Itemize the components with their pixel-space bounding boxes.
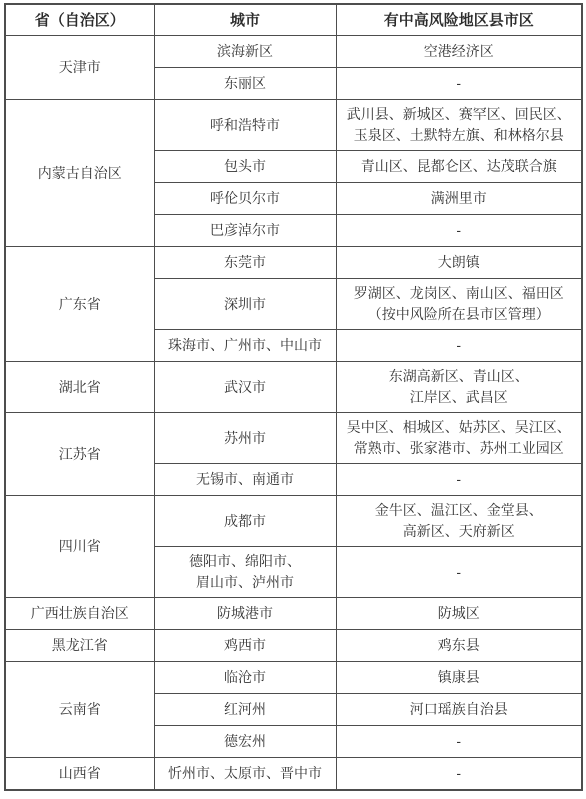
header-province: 省（自治区） [5,4,154,36]
table-row: 四川省 成都市 金牛区、温江区、金堂县、 高新区、天府新区 [5,496,582,547]
province-cell-jiangsu: 江苏省 [5,413,154,496]
header-areas: 有中高风险地区县市区 [336,4,582,36]
areas-cell: 青山区、昆都仑区、达茂联合旗 [336,151,582,183]
table-row: 内蒙古自治区 呼和浩特市 武川县、新城区、赛罕区、回民区、 玉泉区、土默特左旗、… [5,100,582,151]
areas-cell: 武川县、新城区、赛罕区、回民区、 玉泉区、土默特左旗、和林格尔县 [336,100,582,151]
areas-cell: - [336,464,582,496]
city-cell: 包头市 [154,151,336,183]
table-row: 江苏省 苏州市 吴中区、相城区、姑苏区、吴江区、 常熟市、张家港市、苏州工业园区 [5,413,582,464]
areas-cell: - [336,758,582,791]
province-cell-yunnan: 云南省 [5,662,154,758]
table-row: 广西壮族自治区 防城港市 防城区 [5,598,582,630]
city-cell: 巴彦淖尔市 [154,215,336,247]
areas-cell: 空港经济区 [336,36,582,68]
table-row: 云南省 临沧市 镇康县 [5,662,582,694]
areas-cell: - [336,215,582,247]
areas-cell: 罗湖区、龙岗区、南山区、福田区 （按中风险所在县市区管理） [336,279,582,330]
city-cell: 忻州市、太原市、晋中市 [154,758,336,791]
areas-cell: 镇康县 [336,662,582,694]
city-cell: 红河州 [154,694,336,726]
city-cell: 德阳市、绵阳市、 眉山市、泸州市 [154,547,336,598]
table-row: 山西省 忻州市、太原市、晋中市 - [5,758,582,791]
city-cell: 武汉市 [154,362,336,413]
city-cell: 滨海新区 [154,36,336,68]
province-cell-guangdong: 广东省 [5,247,154,362]
header-row: 省（自治区） 城市 有中高风险地区县市区 [5,4,582,36]
province-cell-guangxi: 广西壮族自治区 [5,598,154,630]
table-row: 天津市 滨海新区 空港经济区 [5,36,582,68]
header-city: 城市 [154,4,336,36]
province-cell-shanxi: 山西省 [5,758,154,791]
areas-cell: 大朗镇 [336,247,582,279]
areas-cell: 满洲里市 [336,183,582,215]
areas-cell: 金牛区、温江区、金堂县、 高新区、天府新区 [336,496,582,547]
areas-cell: 防城区 [336,598,582,630]
city-cell: 珠海市、广州市、中山市 [154,330,336,362]
table-row: 湖北省 武汉市 东湖高新区、青山区、 江岸区、武昌区 [5,362,582,413]
areas-cell: 东湖高新区、青山区、 江岸区、武昌区 [336,362,582,413]
areas-cell: - [336,547,582,598]
province-cell-neimenggu: 内蒙古自治区 [5,100,154,247]
city-cell: 呼伦贝尔市 [154,183,336,215]
city-cell: 无锡市、南通市 [154,464,336,496]
city-cell: 呼和浩特市 [154,100,336,151]
table-row: 广东省 东莞市 大朗镇 [5,247,582,279]
city-cell: 东丽区 [154,68,336,100]
city-cell: 东莞市 [154,247,336,279]
areas-cell: 鸡东县 [336,630,582,662]
province-cell-sichuan: 四川省 [5,496,154,598]
areas-cell: 吴中区、相城区、姑苏区、吴江区、 常熟市、张家港市、苏州工业园区 [336,413,582,464]
table-row: 黑龙江省 鸡西市 鸡东县 [5,630,582,662]
areas-cell: - [336,330,582,362]
areas-cell: - [336,68,582,100]
city-cell: 德宏州 [154,726,336,758]
areas-cell: 河口瑶族自治县 [336,694,582,726]
city-cell: 苏州市 [154,413,336,464]
city-cell: 临沧市 [154,662,336,694]
province-cell-tianjin: 天津市 [5,36,154,100]
city-cell: 深圳市 [154,279,336,330]
areas-cell: - [336,726,582,758]
city-cell: 防城港市 [154,598,336,630]
city-cell: 成都市 [154,496,336,547]
province-cell-heilongjiang: 黑龙江省 [5,630,154,662]
province-cell-hubei: 湖北省 [5,362,154,413]
risk-area-table: 省（自治区） 城市 有中高风险地区县市区 天津市 滨海新区 空港经济区 东丽区 … [4,3,583,791]
city-cell: 鸡西市 [154,630,336,662]
